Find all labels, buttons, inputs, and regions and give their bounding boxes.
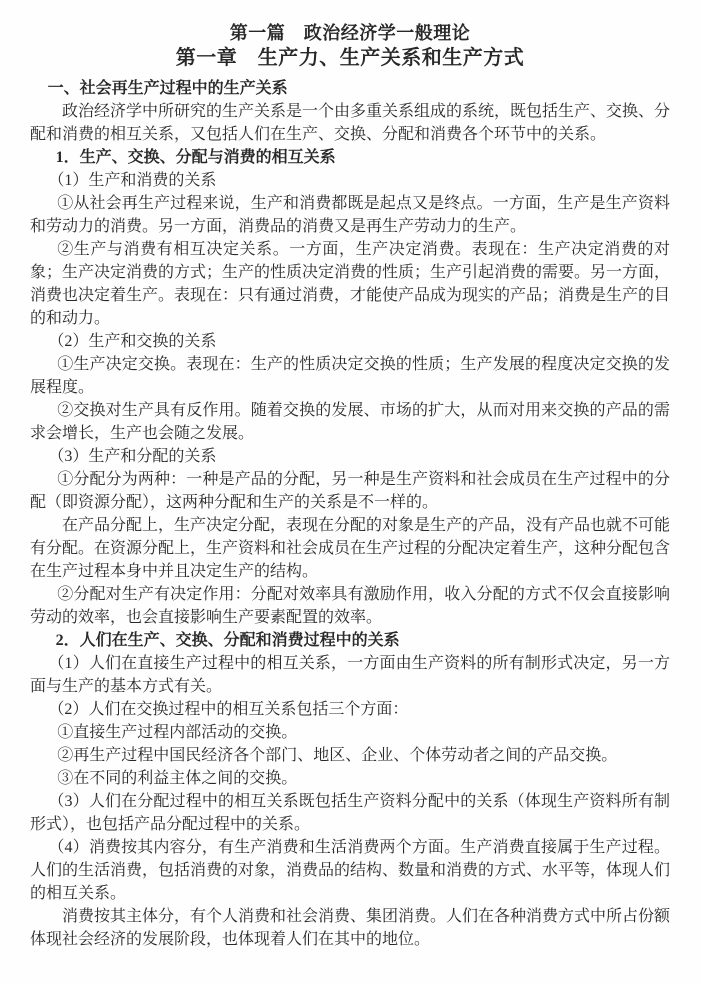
circled-paragraph: ②分配对生产有决定作用：分配对效率具有激励作用，收入分配的方式不仅会直接影响劳动… bbox=[30, 583, 670, 629]
paren-paragraph: （2）生产和交换的关系 bbox=[30, 330, 670, 353]
body-paragraph: 在产品分配上，生产决定分配，表现在分配的对象是生产的产品，没有产品也就不可能有分… bbox=[30, 514, 670, 583]
chapter-title: 第一章 生产力、生产关系和生产方式 bbox=[30, 45, 670, 71]
numbered-heading: 1．生产、交换、分配与消费的相互关系 bbox=[30, 146, 670, 169]
circled-paragraph: ②再生产过程中国民经济各个部门、地区、企业、个体劳动者之间的产品交换。 bbox=[30, 744, 670, 767]
paren-paragraph: （4）消费按其内容分，有生产消费和生活消费两个方面。生产消费直接属于生产过程。人… bbox=[30, 836, 670, 905]
circled-paragraph: ①分配分为两种：一种是产品的分配，另一种是生产资料和社会成员在生产过程中的分配（… bbox=[30, 468, 670, 514]
document-page: 第一篇 政治经济学一般理论 第一章 生产力、生产关系和生产方式 一、社会再生产过… bbox=[0, 0, 701, 984]
paren-paragraph: （3）人们在分配过程中的相互关系既包括生产资料分配中的关系（体现生产资料所有制形… bbox=[30, 790, 670, 836]
part-title: 第一篇 政治经济学一般理论 bbox=[30, 21, 670, 45]
body-paragraph: 政治经济学中所研究的生产关系是一个由多重关系组成的系统，既包括生产、交换、分配和… bbox=[30, 100, 670, 146]
body-paragraph: 消费按其主体分，有个人消费和社会消费、集团消费。人们在各种消费方式中所占份额体现… bbox=[30, 905, 670, 951]
circled-paragraph: ②交换对生产具有反作用。随着交换的发展、市场的扩大，从而对用来交换的产品的需求会… bbox=[30, 399, 670, 445]
paren-paragraph: （1）人们在直接生产过程中的相互关系，一方面由生产资料的所有制形式决定，另一方面… bbox=[30, 652, 670, 698]
document-body: 一、社会再生产过程中的生产关系政治经济学中所研究的生产关系是一个由多重关系组成的… bbox=[30, 77, 670, 951]
circled-paragraph: ①生产决定交换。表现在：生产的性质决定交换的性质；生产发展的程度决定交换的发展程… bbox=[30, 353, 670, 399]
circled-paragraph: ①直接生产过程内部活动的交换。 bbox=[30, 721, 670, 744]
paren-paragraph: （2）人们在交换过程中的相互关系包括三个方面： bbox=[30, 698, 670, 721]
circled-paragraph: ①从社会再生产过程来说，生产和消费都既是起点又是终点。一方面，生产是生产资料和劳… bbox=[30, 192, 670, 238]
numbered-heading: 2．人们在生产、交换、分配和消费过程中的关系 bbox=[30, 629, 670, 652]
paren-paragraph: （1）生产和消费的关系 bbox=[30, 169, 670, 192]
circled-paragraph: ③在不同的利益主体之间的交换。 bbox=[30, 767, 670, 790]
circled-paragraph: ②生产与消费有相互决定关系。一方面，生产决定消费。表现在：生产决定消费的对象；生… bbox=[30, 238, 670, 330]
paren-paragraph: （3）生产和分配的关系 bbox=[30, 445, 670, 468]
section-heading: 一、社会再生产过程中的生产关系 bbox=[30, 77, 670, 100]
